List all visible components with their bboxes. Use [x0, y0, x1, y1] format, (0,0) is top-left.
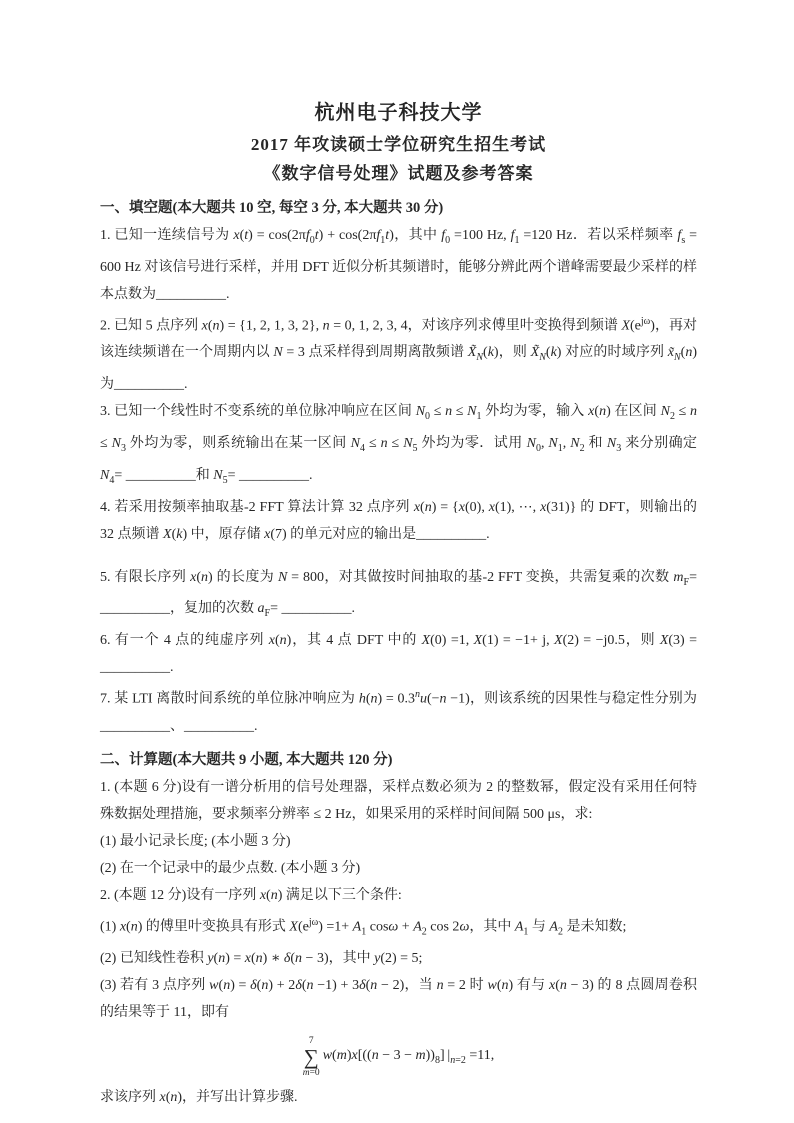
calc-question-1-item-2: (2) 在一个记录中的最少点数. (本小题 3 分): [100, 855, 697, 882]
fill-blank-question-1: 1. 已知一连续信号为 x(t) = cos(2πf0t) + cos(2πf1…: [100, 222, 697, 308]
fill-blank-question-3: 3. 已知一个线性时不变系统的单位脉冲响应在区间 N0 ≤ n ≤ N1 外均为…: [100, 398, 697, 493]
exam-paper-page: 杭州电子科技大学 2017 年攻读硕士学位研究生招生考试 《数字信号处理》试题及…: [0, 0, 794, 1123]
sum-lower-limit: m=0: [303, 1068, 320, 1078]
calc-question-2-condition-1: (1) x(n) 的傅里叶变换具有形式 X(ejω) =1+ A1 cosω +…: [100, 909, 697, 945]
calc-question-1-item-1: (1) 最小记录长度; (本小题 3 分): [100, 828, 697, 855]
page-title: 杭州电子科技大学: [100, 96, 697, 130]
fill-blank-question-4: 4. 若采用按频率抽取基-2 FFT 算法计算 32 点序列 x(n) = {x…: [100, 494, 697, 548]
fill-blank-question-5: 5. 有限长序列 x(n) 的长度为 N = 800，对其做按时间抽取的基-2 …: [100, 564, 697, 628]
fill-blank-question-2: 2. 已知 5 点序列 x(n) = {1, 2, 1, 3, 2}, n = …: [100, 308, 697, 398]
formula-body: w(m)x[((n − 3 − m))8] |n=2 =11,: [323, 1048, 495, 1066]
calc-question-2-condition-2: (2) 已知线性卷积 y(n) = x(n) ∗ δ(n − 3)，其中 y(2…: [100, 945, 697, 972]
section1-heading: 一、填空题(本大题共 10 空, 每空 3 分, 本大题共 30 分): [100, 195, 697, 222]
calc-question-1-intro: 1. (本题 6 分)设有一谱分析用的信号处理器，采样点数必须为 2 的整数幂，…: [100, 774, 697, 828]
circular-convolution-formula: 7 ∑ m=0 w(m)x[((n − 3 − m))8] |n=2 =11,: [100, 1036, 697, 1078]
sigma-icon: ∑: [304, 1046, 319, 1068]
calc-question-2-outro: 求该序列 x(n)，并写出计算步骤.: [100, 1084, 697, 1111]
fill-blank-question-6: 6. 有一个 4 点的纯虚序列 x(n)，其 4 点 DFT 中的 X(0) =…: [100, 627, 697, 681]
fill-blank-question-7: 7. 某 LTI 离散时间系统的单位脉冲响应为 h(n) = 0.3nu(−n …: [100, 681, 697, 740]
calc-question-2-condition-3: (3) 若有 3 点序列 w(n) = δ(n) + 2δ(n −1) + 3δ…: [100, 972, 697, 1026]
paper-title: 《数字信号处理》试题及参考答案: [100, 159, 697, 188]
exam-session-title: 2017 年攻读硕士学位研究生招生考试: [100, 130, 697, 159]
summation-symbol: 7 ∑ m=0: [303, 1036, 320, 1078]
calc-question-2-intro: 2. (本题 12 分)设有一序列 x(n) 满足以下三个条件:: [100, 882, 697, 909]
section2-heading: 二、计算题(本大题共 9 小题, 本大题共 120 分): [100, 747, 697, 774]
